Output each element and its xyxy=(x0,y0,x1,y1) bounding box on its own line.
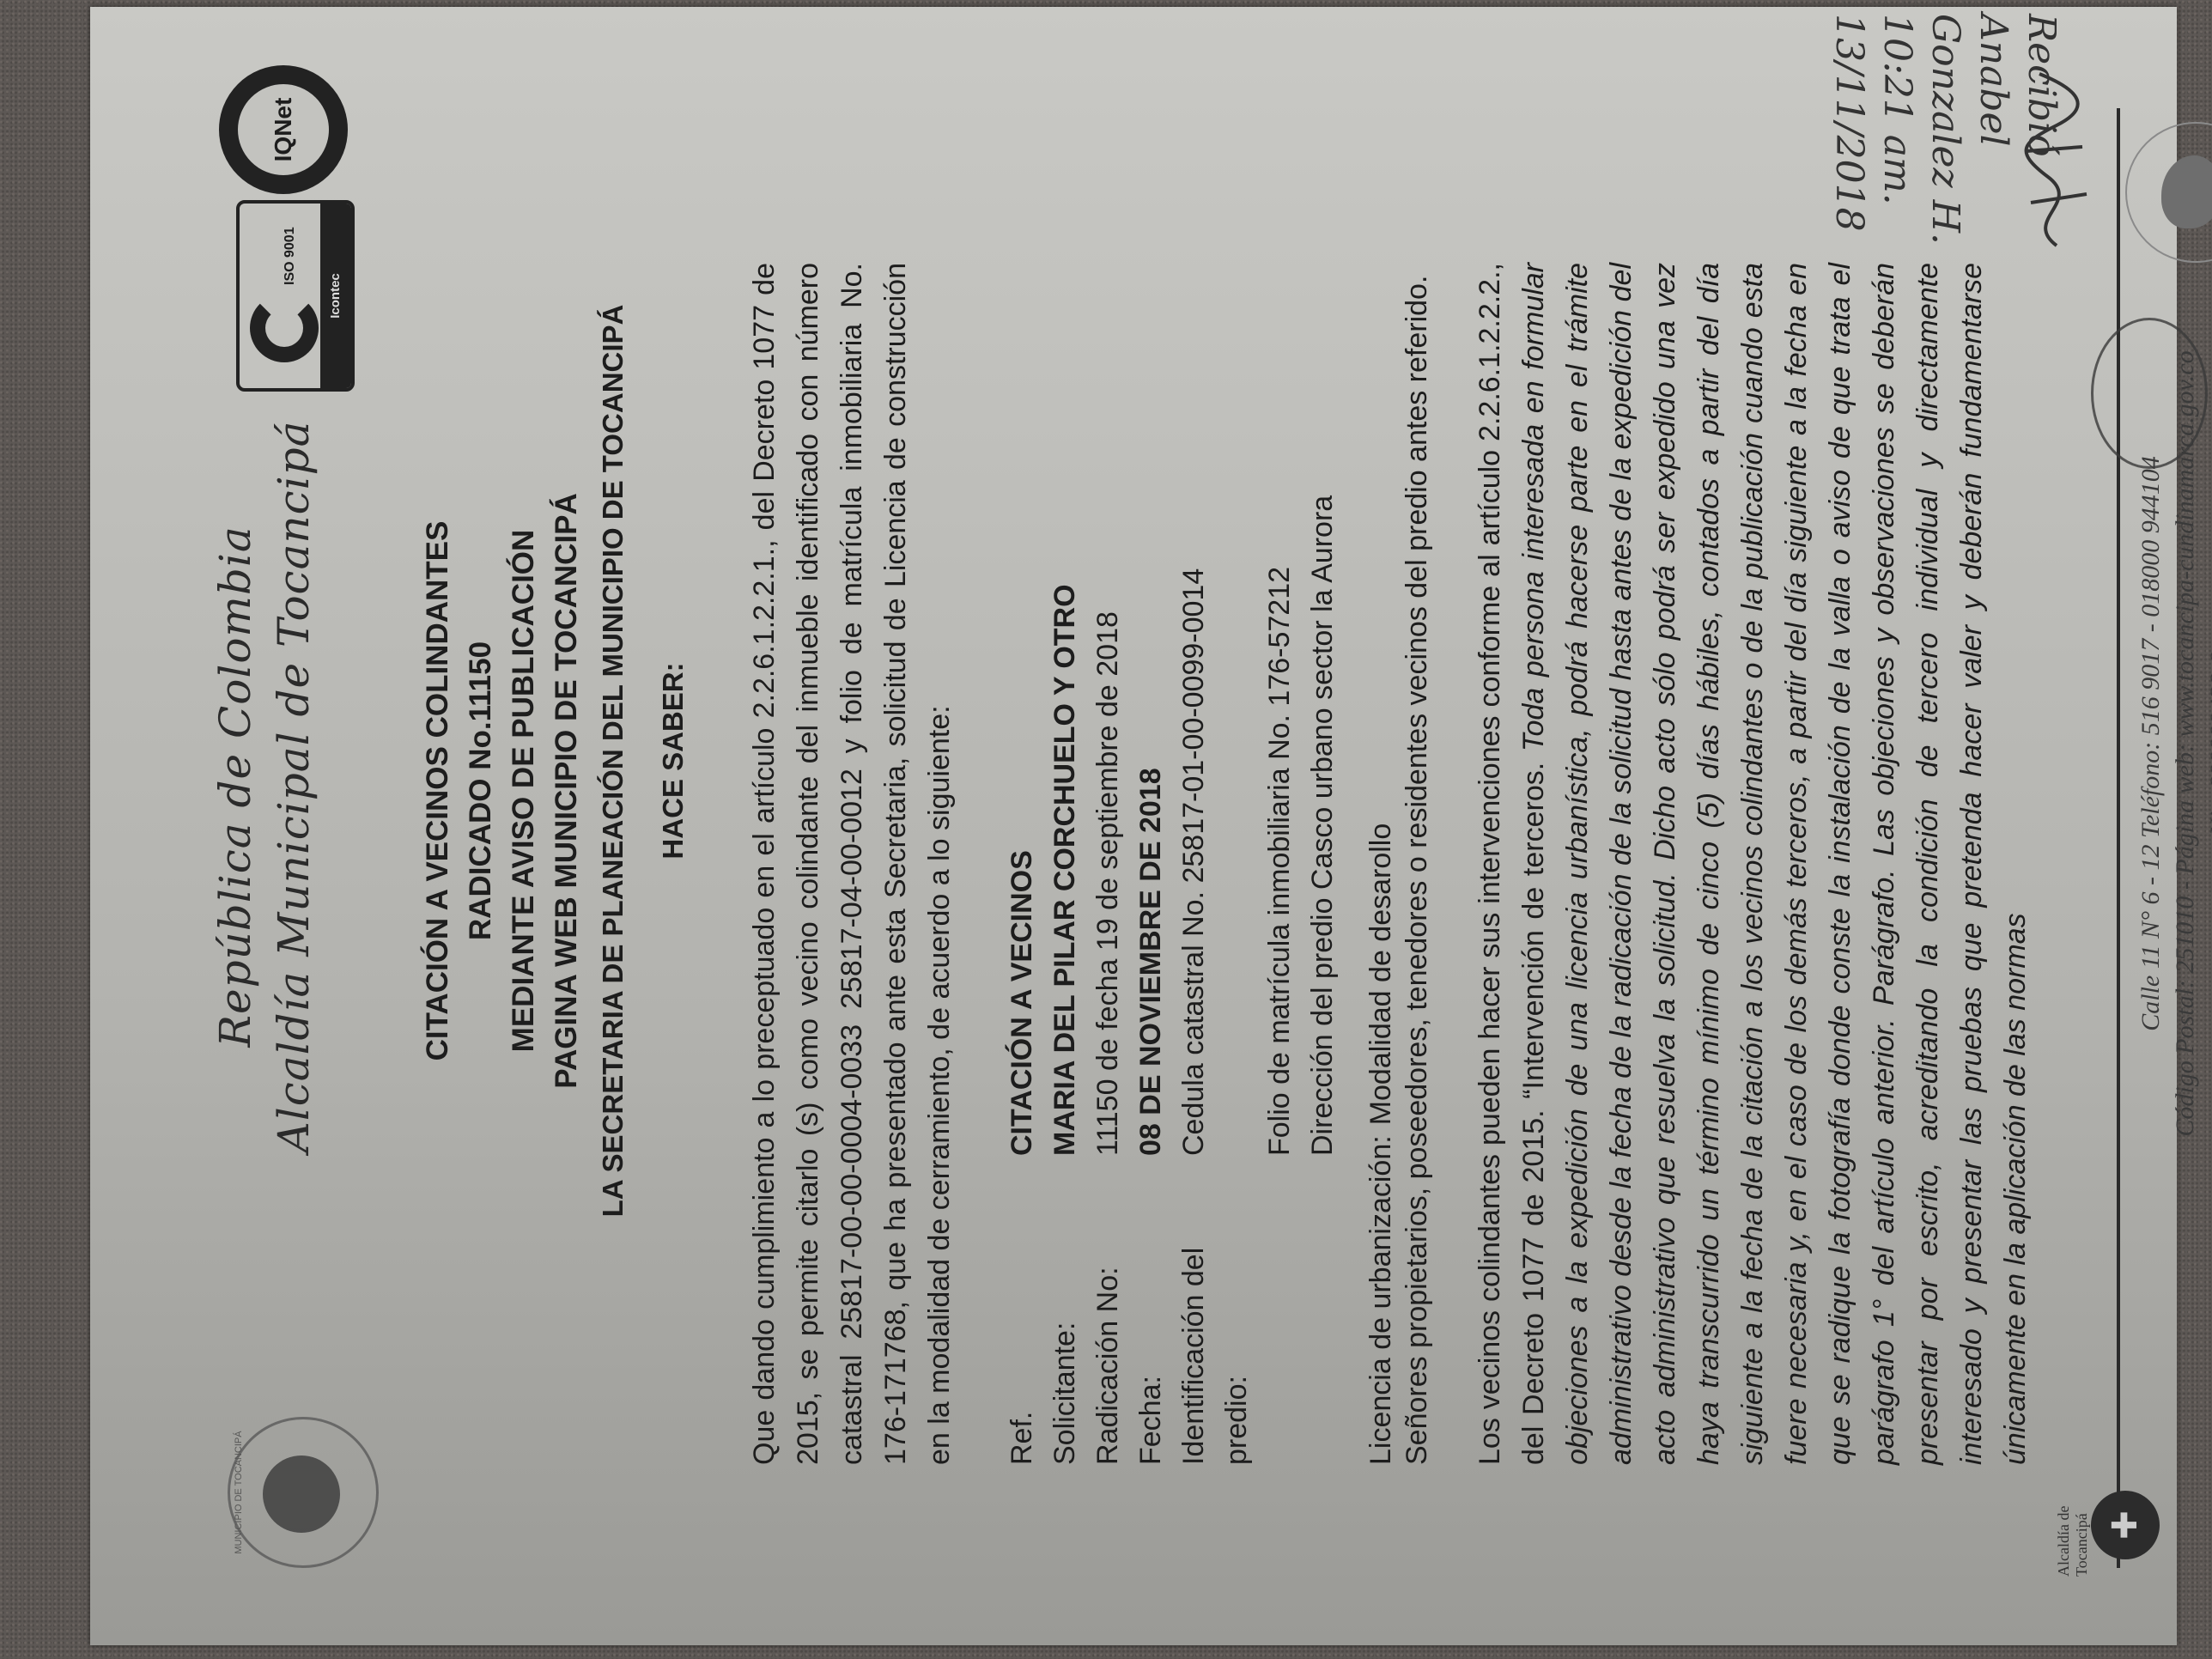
republic-name: República de Colombia xyxy=(210,228,260,1345)
reference-label xyxy=(1301,1156,1344,1465)
map-icon xyxy=(2161,155,2212,228)
alcaldia-logo-label: Alcaldía de Tocancipá xyxy=(2055,1465,2091,1577)
issuer-heading: LA SECRETARIA DE PLANEACIÓN DEL MUNICIPI… xyxy=(597,203,629,1319)
reference-row: Radicación No:11150 de fecha 19 de septi… xyxy=(1086,263,1129,1465)
reference-row: Fecha:08 DE NOVIEMBRE DE 2018 xyxy=(1129,263,1172,1465)
reference-label: Fecha: xyxy=(1129,1156,1172,1465)
reference-value: CITACIÓN A VECINOS xyxy=(1000,850,1043,1156)
signature-loop-mark xyxy=(2091,318,2208,469)
handwritten-line: 10:21 am. xyxy=(1873,14,1921,271)
alcaldia-logo: Alcaldía de Tocancipá ✚ xyxy=(2082,1465,2177,1585)
footer-nit: Nit: 899999428-8 xyxy=(2203,100,2212,1388)
reference-label: Identificación del predio: xyxy=(1172,1156,1258,1465)
certification-logos: ISO 9001 Icontec IQNet xyxy=(142,48,331,392)
reference-value: Dirección del predio Casco urbano sector… xyxy=(1301,495,1344,1156)
footer-address: Calle 11 N° 6 - 12 Teléfono: 516 9017 - … xyxy=(2134,100,2168,1388)
reference-label: Radicación No: xyxy=(1086,1156,1129,1465)
reference-value: Cedula catastral No. 25817-01-00-0099-00… xyxy=(1172,568,1258,1156)
reference-value: 11150 de fecha 19 de septiembre de 2018 xyxy=(1086,611,1129,1156)
handwritten-line: 13/11/2018 xyxy=(1825,14,1873,271)
reference-value: Folio de matrícula inmobiliaria No. 176-… xyxy=(1258,567,1301,1156)
document-page: MUNICIPIO DE TOCANCIPÁ República de Colo… xyxy=(90,7,2177,1645)
letterhead: República de Colombia Alcaldía Municipal… xyxy=(210,228,319,1345)
reference-label xyxy=(1258,1156,1301,1465)
third-party-intervention-paragraph: Los vecinos colindantes pueden hacer sus… xyxy=(1468,263,2038,1465)
handwritten-line: Anabel Gonzalez H. xyxy=(1921,14,2017,271)
document-title: CITACIÓN A VECINOS COLINDANTES RADICADO … xyxy=(416,297,588,1285)
title-line: CITACIÓN A VECINOS COLINDANTES xyxy=(416,297,459,1285)
reference-value: 08 DE NOVIEMBRE DE 2018 xyxy=(1129,768,1172,1156)
municipal-seal-text: MUNICIPIO DE TOCANCIPÁ xyxy=(234,1419,244,1565)
iso-label: ISO 9001 xyxy=(283,227,298,285)
municipality-name: Alcaldía Municipal de Tocancipá xyxy=(269,228,319,1345)
coat-of-arms-icon xyxy=(263,1455,340,1533)
intervention-quote: Toda persona interesada en formular obje… xyxy=(1517,263,2032,1465)
intro-paragraph: Que dando cumplimiento a lo preceptuado … xyxy=(743,263,962,1465)
reference-value: MARIA DEL PILAR CORCHUELO Y OTRO xyxy=(1043,584,1086,1156)
municipal-seal-left: MUNICIPIO DE TOCANCIPÁ xyxy=(228,1417,379,1568)
title-line: MEDIANTE AVISO DE PUBLICACIÓN xyxy=(502,297,545,1285)
reference-label: Solicitante: xyxy=(1043,1156,1086,1465)
title-line: PAGINA WEB MUNICIPIO DE TOCANCIPÁ xyxy=(545,297,588,1285)
icontec-c-icon xyxy=(250,294,319,362)
reference-label: Ref. xyxy=(1000,1156,1043,1465)
reference-rows: Ref.CITACIÓN A VECINOSSolicitante:MARIA … xyxy=(1000,263,1344,1465)
icontec-iso-logo: ISO 9001 Icontec xyxy=(236,200,355,392)
title-line: RADICADO No.11150 xyxy=(459,297,502,1285)
reference-row: Identificación del predio:Cedula catastr… xyxy=(1172,263,1258,1465)
footer-contact: Calle 11 N° 6 - 12 Teléfono: 516 9017 - … xyxy=(2134,100,2212,1388)
icontec-label: Icontec xyxy=(320,204,351,388)
tocancipa-emblem-icon: ✚ xyxy=(2091,1491,2160,1559)
iqnet-certified-logo: IQNet xyxy=(219,65,348,194)
footer-postal-web: Código Postal: 251010 - Página web: www.… xyxy=(2168,100,2203,1388)
reference-row: Ref.CITACIÓN A VECINOS xyxy=(1000,263,1043,1465)
photo-frame: MUNICIPIO DE TOCANCIPÁ República de Colo… xyxy=(90,7,2177,1645)
reference-row: Dirección del predio Casco urbano sector… xyxy=(1301,263,1344,1465)
reference-row: Folio de matrícula inmobiliaria No. 176-… xyxy=(1258,263,1301,1465)
hace-saber-heading: HACE SABER: xyxy=(657,203,690,1319)
iqnet-label: IQNet xyxy=(270,98,297,162)
reference-row: Solicitante:MARIA DEL PILAR CORCHUELO Y … xyxy=(1043,263,1086,1465)
signature-icon xyxy=(2005,65,2100,254)
addressees-paragraph: Señores propietarios, poseedores, tenedo… xyxy=(1395,263,1439,1465)
reference-block: Ref.CITACIÓN A VECINOSSolicitante:MARIA … xyxy=(1000,263,1402,1465)
